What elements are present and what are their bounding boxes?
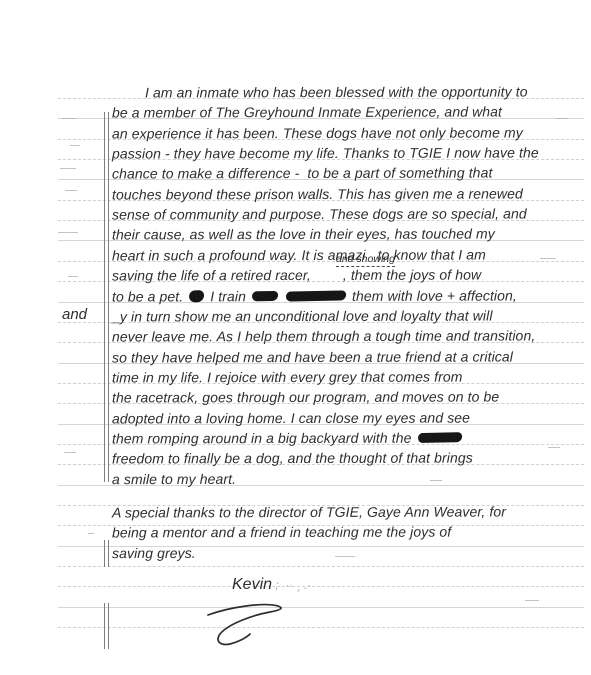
letter-line: passion - they have become my life. Than… — [112, 143, 539, 162]
redaction-scribble — [251, 290, 279, 301]
letter-line: an experience it has been. These dogs ha… — [112, 123, 523, 142]
letter-line: _y in turn show me an unconditional love… — [112, 306, 493, 325]
signature-row: Kevin ; ·· ¸ .· — [232, 576, 311, 594]
letter-line: A special thanks to the director of TGIE… — [112, 502, 506, 521]
scan-noise-mark — [60, 168, 76, 169]
handwritten-text: them romping around in a big backyard wi… — [112, 429, 416, 448]
letter-line: their cause, as well as the love in thei… — [112, 225, 495, 244]
handwritten-text: sense of community and purpose. These do… — [112, 205, 527, 224]
handwritten-text: their cause, as well as the love in thei… — [112, 225, 495, 244]
scan-noise-mark — [64, 452, 76, 453]
margin-vertical-line — [108, 540, 109, 567]
interlinear-insertion: and showing — [336, 253, 395, 267]
handwritten-text: be a member of The Greyhound Inmate Expe… — [112, 103, 502, 122]
letter-line: being a mentor and a friend in teaching … — [112, 523, 451, 542]
scan-noise-mark — [70, 145, 80, 146]
handwritten-text: A special thanks to the director of TGIE… — [112, 502, 506, 521]
letter-line: a smile to my heart. — [112, 469, 236, 487]
scan-noise-mark — [62, 118, 76, 119]
handwritten-text: _y in turn show me an unconditional love… — [112, 306, 493, 325]
letter-line: the racetrack, goes through our program,… — [112, 388, 499, 407]
scan-noise-mark — [540, 258, 556, 259]
margin-correction-word: and — [62, 306, 87, 323]
handwritten-text: I train — [206, 287, 250, 305]
letter-line: never leave me. As I help them through a… — [112, 327, 535, 346]
signature-name: Kevin — [232, 576, 272, 593]
handwritten-text: I am an inmate who has been blessed with… — [145, 82, 528, 101]
handwritten-text: heart in such a profound way. It is amaz… — [112, 245, 486, 264]
scan-noise-mark — [430, 480, 442, 481]
ruled-line — [58, 607, 584, 608]
letter-line: chance to make a difference - to be a pa… — [112, 164, 492, 183]
handwritten-text: adopted into a loving home. I can close … — [112, 408, 470, 427]
scan-noise-mark — [65, 190, 77, 191]
letter-line: freedom to finally be a dog, and the tho… — [112, 449, 473, 468]
letter-line: I am an inmate who has been blessed with… — [145, 82, 528, 101]
handwritten-text: , them the joys of how — [343, 266, 481, 284]
letter-line: be a member of The Greyhound Inmate Expe… — [112, 103, 502, 122]
letter-line: touches beyond these prison walls. This … — [112, 184, 523, 203]
margin-vertical-line — [108, 112, 109, 482]
handwritten-text: touches beyond these prison walls. This … — [112, 184, 523, 203]
scan-noise-mark — [335, 556, 355, 557]
letter-line: so they have helped me and have been a t… — [112, 347, 513, 366]
handwritten-text: time in my life. I rejoice with every gr… — [112, 367, 463, 386]
scan-noise-mark — [68, 276, 78, 277]
letter-line: saving the life of a retired racer,, the… — [112, 266, 481, 285]
handwritten-text: chance to make a difference - to be a pa… — [112, 164, 492, 183]
scan-noise-mark — [556, 118, 568, 119]
handwritten-text — [280, 287, 284, 305]
letter-line: them romping around in a big backyard wi… — [112, 428, 464, 447]
handwritten-text: passion - they have become my life. Than… — [112, 143, 539, 162]
erased-surname-marks: ; ·· ¸ .· — [272, 578, 311, 592]
margin-vertical-line — [108, 603, 109, 649]
scan-noise-mark — [58, 232, 78, 233]
redaction-scribble — [285, 290, 347, 301]
handwritten-text: so they have helped me and have been a t… — [112, 347, 513, 366]
letter-line: to be a pet. I train them with love + af… — [112, 286, 517, 305]
margin-vertical-line — [104, 603, 105, 649]
handwritten-text: an experience it has been. These dogs ha… — [112, 123, 523, 142]
handwritten-text: them with love + affection, — [348, 286, 517, 304]
handwritten-text: freedom to finally be a dog, and the tho… — [112, 449, 473, 468]
handwritten-text: the racetrack, goes through our program,… — [112, 388, 499, 407]
handwritten-text: never leave me. As I help them through a… — [112, 327, 535, 346]
handwritten-text: to be a pet. — [112, 287, 187, 305]
scan-noise-mark — [548, 447, 560, 448]
margin-vertical-line — [104, 112, 105, 482]
scan-noise-mark — [525, 600, 539, 601]
redaction-scribble — [188, 290, 205, 302]
letter-line: sense of community and purpose. These do… — [112, 205, 527, 224]
signature-flourish — [198, 598, 308, 654]
ruled-line — [58, 566, 584, 567]
redaction-scribble — [417, 432, 463, 443]
letter-line: adopted into a loving home. I can close … — [112, 408, 470, 427]
handwritten-text: being a mentor and a friend in teaching … — [112, 523, 451, 542]
letter-line: time in my life. I rejoice with every gr… — [112, 367, 463, 386]
scan-noise-mark — [88, 533, 94, 534]
handwritten-text: saving the life of a retired racer, — [112, 266, 311, 285]
letter-line: heart in such a profound way. It is amaz… — [112, 245, 486, 264]
handwritten-text: saving greys. — [112, 544, 196, 562]
handwritten-text: a smile to my heart. — [112, 469, 236, 487]
letter-page: I am an inmate who has been blessed with… — [0, 0, 591, 675]
ruled-line — [58, 586, 584, 587]
margin-vertical-line — [104, 540, 105, 567]
letter-line: saving greys. — [112, 544, 196, 562]
ruled-line — [58, 627, 584, 628]
